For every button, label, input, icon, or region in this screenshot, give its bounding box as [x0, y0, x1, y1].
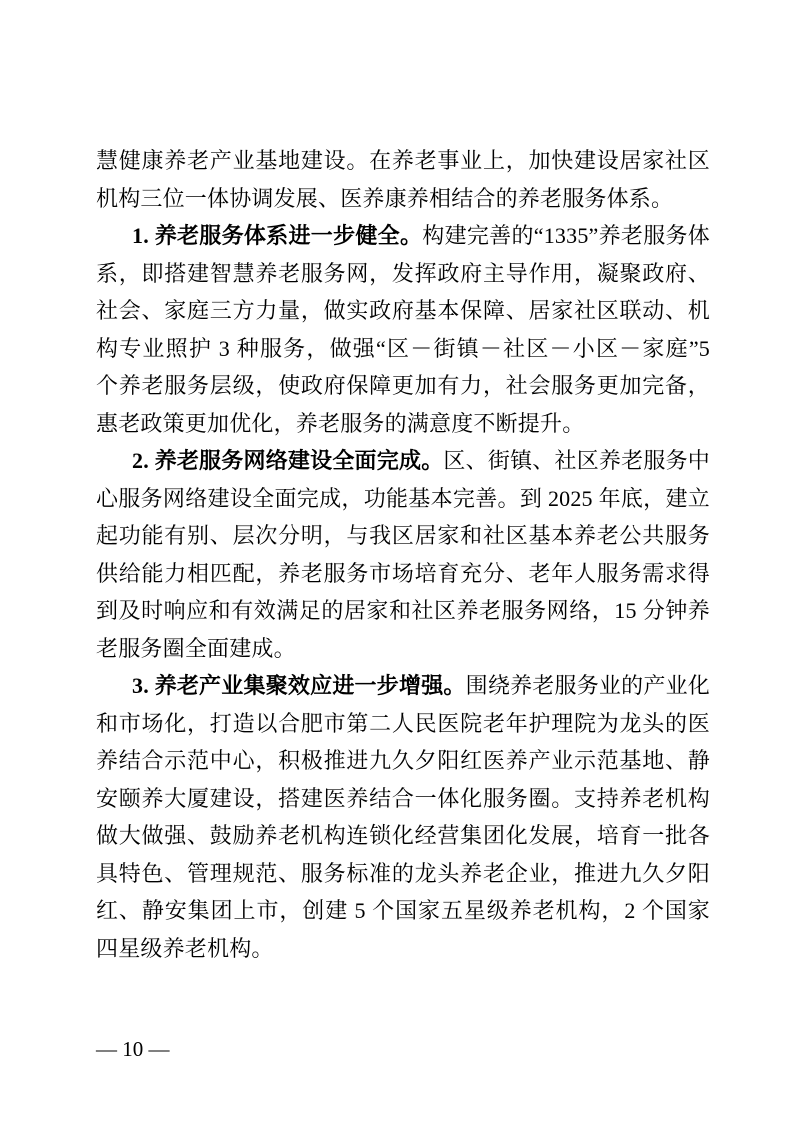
paragraph-text: 围绕养老服务业的产业化和市场化，打造以合肥市第二人民医院老年护理院为龙头的医养结…	[96, 673, 710, 961]
paragraph-text: 区、街镇、社区养老服务中心服务网络建设全面完成，功能基本完善。到 2025 年底…	[96, 448, 710, 661]
paragraph: 2. 养老服务网络建设全面完成。区、街镇、社区养老服务中心服务网络建设全面完成，…	[96, 442, 710, 667]
paragraph: 慧健康养老产业基地建设。在养老事业上，加快建设居家社区机构三位一体协调发展、医养…	[96, 142, 710, 217]
paragraph-heading-lead: 1. 养老服务体系进一步健全。	[132, 223, 422, 248]
document-body: 慧健康养老产业基地建设。在养老事业上，加快建设居家社区机构三位一体协调发展、医养…	[96, 142, 710, 967]
paragraph-heading-lead: 2. 养老服务网络建设全面完成。	[132, 448, 443, 473]
page-number: — 10 —	[96, 1036, 170, 1062]
paragraph-text: 慧健康养老产业基地建设。在养老事业上，加快建设居家社区机构三位一体协调发展、医养…	[96, 148, 710, 211]
paragraph: 3. 养老产业集聚效应进一步增强。围绕养老服务业的产业化和市场化，打造以合肥市第…	[96, 667, 710, 967]
paragraph-text: 构建完善的“1335”养老服务体系，即搭建智慧养老服务网，发挥政府主导作用，凝聚…	[96, 223, 710, 436]
paragraph-heading-lead: 3. 养老产业集聚效应进一步增强。	[132, 673, 466, 698]
document-page: 慧健康养老产业基地建设。在养老事业上，加快建设居家社区机构三位一体协调发展、医养…	[0, 0, 793, 1122]
paragraph: 1. 养老服务体系进一步健全。构建完善的“1335”养老服务体系，即搭建智慧养老…	[96, 217, 710, 442]
